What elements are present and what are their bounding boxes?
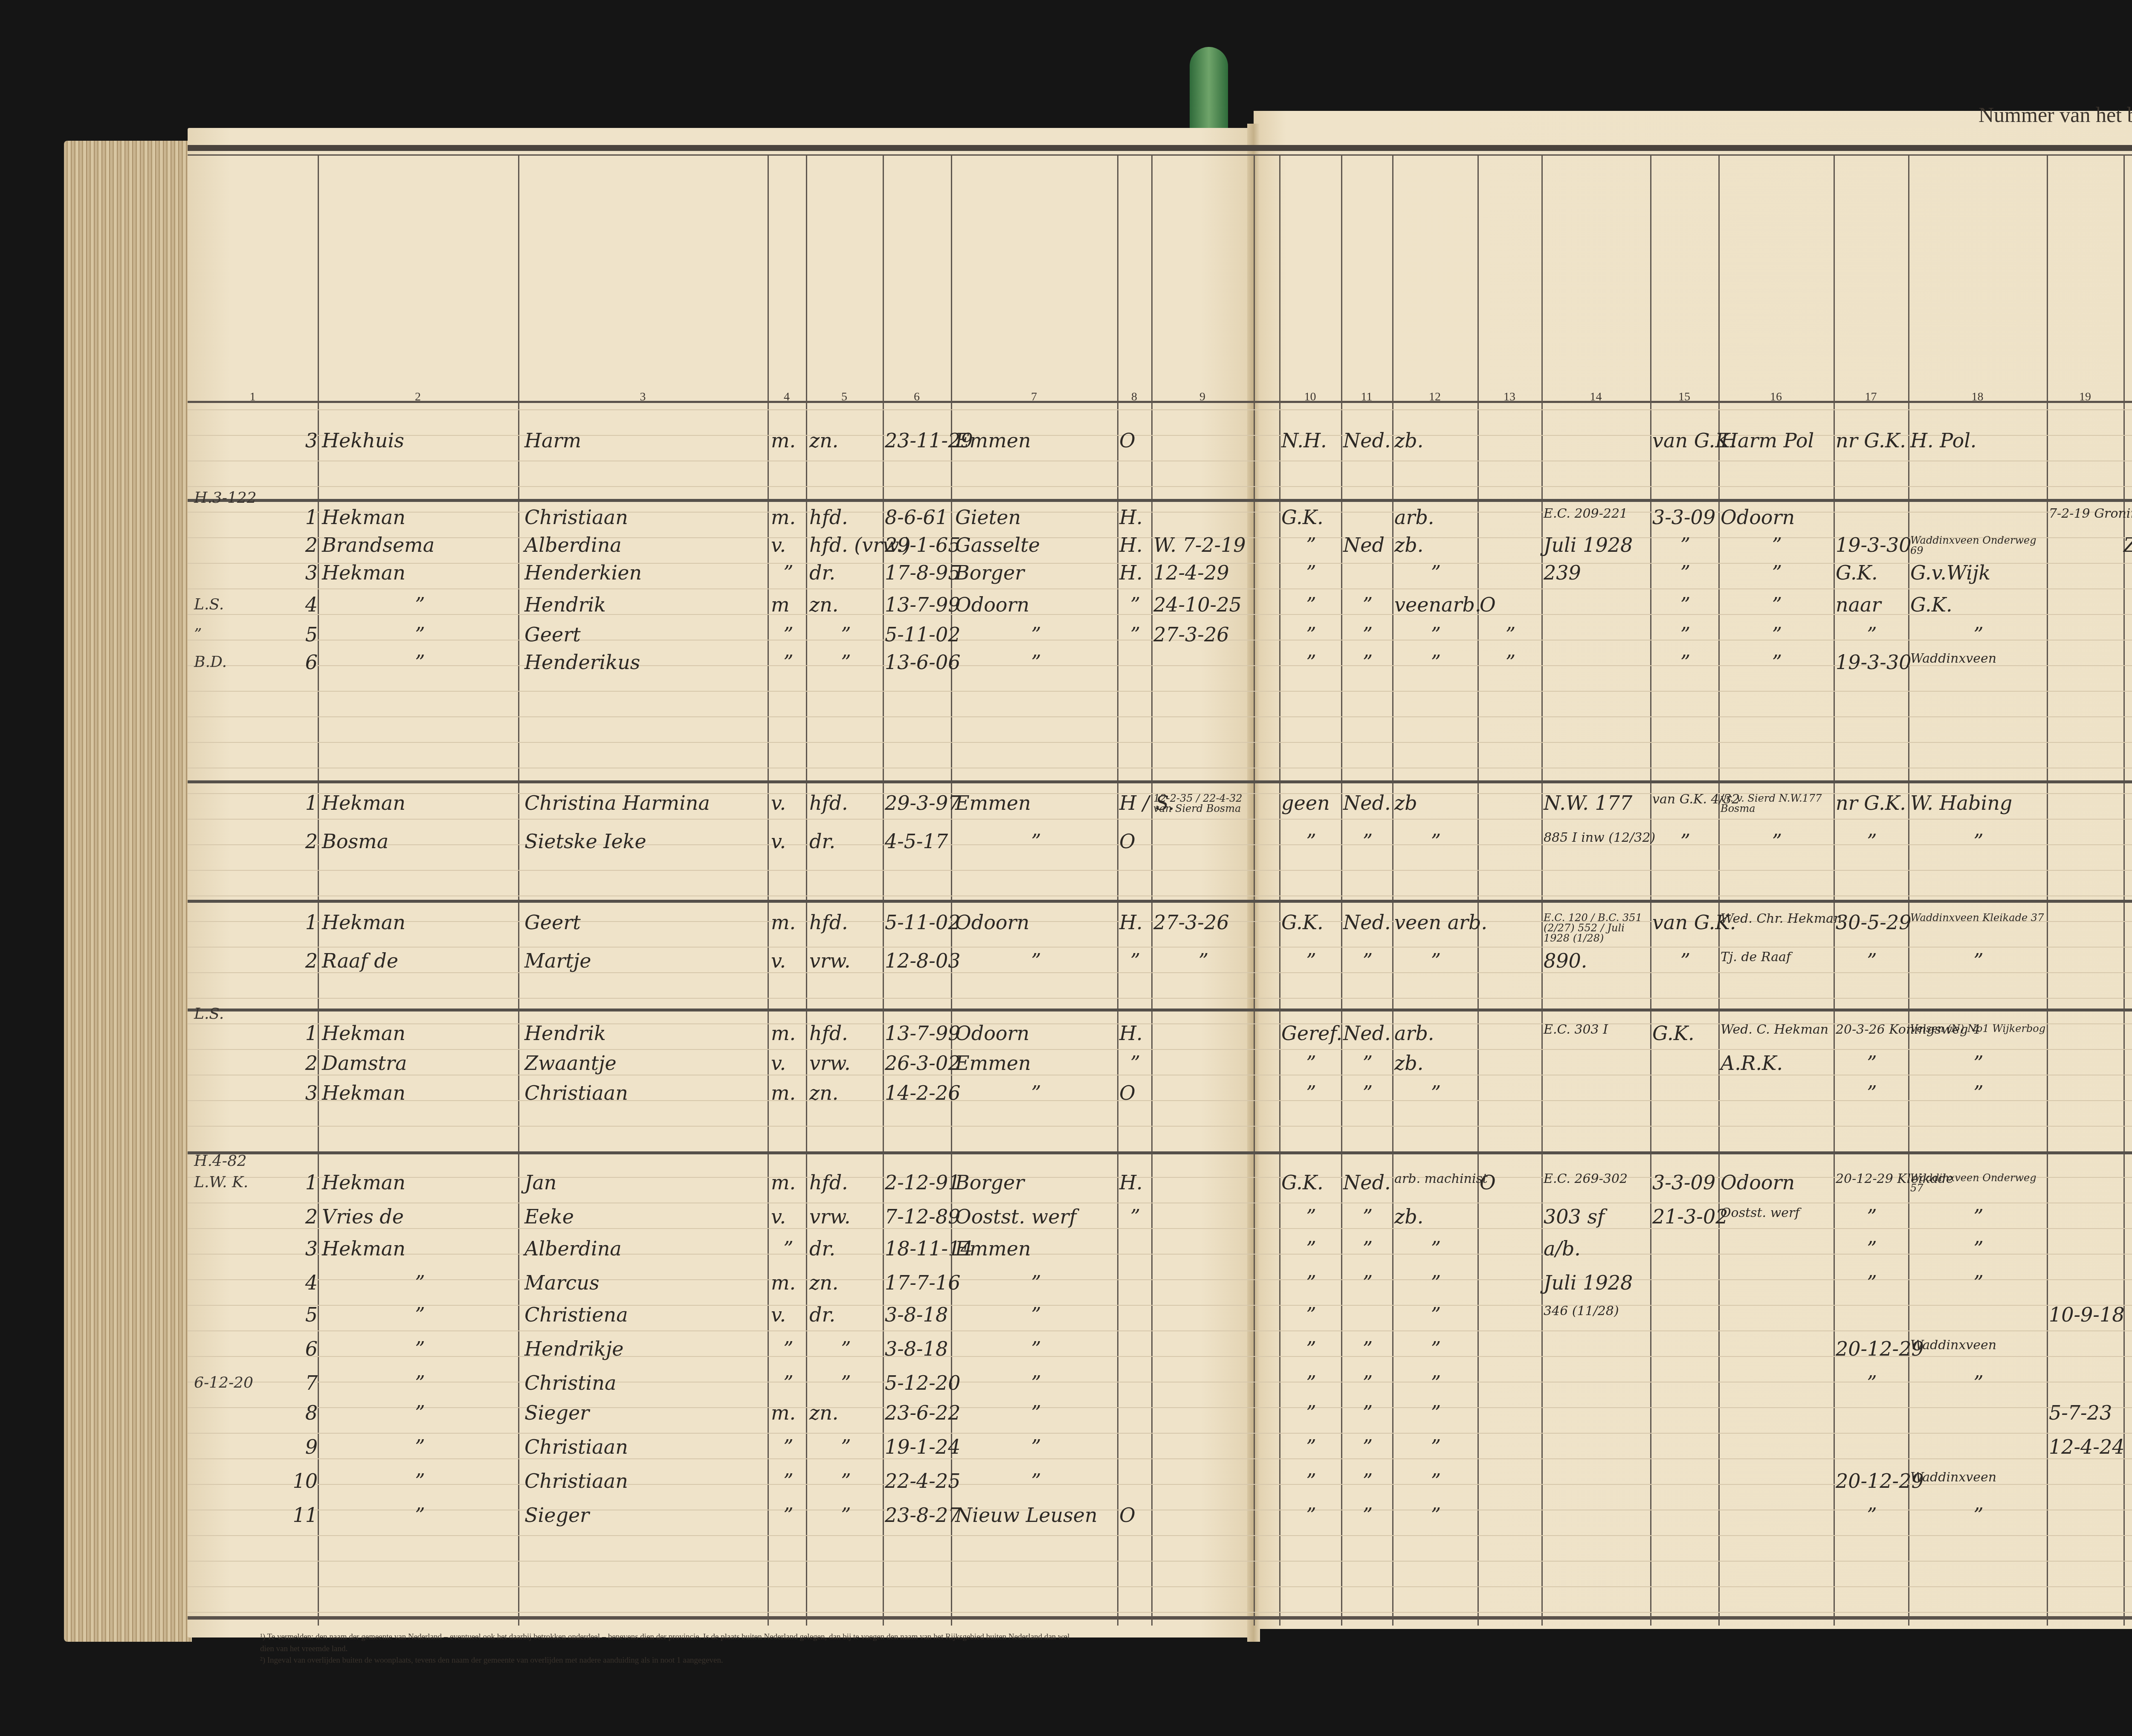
cell-reg-from: Harm Pol [1721,431,1834,450]
column-number: 8 [1117,390,1151,404]
cell-sex: v. [771,1207,806,1226]
ruled-line [188,972,2132,973]
cell-born: 14-2-26 [885,1083,951,1103]
cell-church: ” [1281,1083,1341,1103]
footnote-2: ²) Ingeval van overlijden buiten de woon… [260,1655,1070,1666]
cell-reg-date: 3-3-09 [1652,507,1718,527]
cell-dereg-to: ” [1910,625,2047,644]
cell-birthplace: Odoorn [955,595,1117,614]
cell-reg-date: ” [1652,832,1718,851]
cell-given: Sieger [524,1403,768,1423]
cell-surname: ” [322,652,518,672]
column-divider [1254,154,1255,1626]
cell-nat: Ned. [1343,793,1392,813]
cell-occ: zb. [1394,535,1477,555]
column-number: 20 [2123,390,2132,404]
cell-church: ” [1281,652,1341,672]
col-4-header [768,171,806,401]
household-margin-note: H.4-82 [194,1153,247,1169]
cell-nat: ” [1343,1053,1392,1073]
cell-nat: ” [1343,625,1392,644]
ruled-line [188,486,2132,487]
household-margin-note: H.3-122 [194,490,257,506]
cell-reg-date: van G.K. 4/32 [1652,793,1718,806]
cell-given: Zwaantje [524,1053,768,1073]
cell-surname: ” [322,1437,518,1457]
ruled-line [188,768,2132,768]
column-divider [1908,154,1909,1626]
cell-birthplace: Borger [955,1173,1117,1192]
cell-rel: vrw. [809,1053,883,1073]
cell-birthplace: Emmen [955,793,1117,813]
cell-nat: ” [1343,1273,1392,1293]
cell-dereg-date: 20-3-26 Koningsweg 4 [1836,1023,1908,1036]
cell-death: 7-2-19 Groningen [2049,507,2123,520]
cell-reg-from: Oostst. werf [1721,1207,1834,1220]
cell-rel: zn. [809,1083,883,1103]
cell-given: Sietske Ieke [524,832,768,851]
cell-civil: H. [1119,507,1151,527]
cell-reg-from: vr. v. Sierd N.W.177 Bosma [1721,793,1834,814]
column-number: 6 [883,390,951,404]
cell-address: E.C. 303 I [1544,1023,1650,1036]
cell-rel: dr. [809,563,883,583]
cell-surname: ” [322,625,518,644]
cell-dereg-date: ” [1836,1273,1908,1293]
cell-nr: 2 [290,1053,318,1073]
cell-death: 12-4-24 [2049,1437,2123,1457]
cell-sex: v. [771,1053,806,1073]
cell-civil-change: 27-3-26 [1153,913,1254,932]
column-number: 17 [1834,390,1908,404]
cell-given: Marcus [524,1273,768,1293]
cell-reg-from: Odoorn [1721,507,1834,527]
cell-civil-change: 12-2-35 / 22-4-32 van Sierd Bosma [1153,793,1254,814]
cell-rel: zn. [809,431,883,450]
cell-birthplace: ” [955,1471,1117,1491]
cell-born: 22-4-25 [885,1471,951,1491]
cell-rel: dr. [809,1239,883,1258]
cell-sex: v. [771,832,806,851]
cell-surname: ” [322,1403,518,1423]
cell-reg-date: G.K. [1652,1023,1718,1043]
cell-born: 13-7-99 [885,595,951,614]
cell-sex: m. [771,913,806,932]
cell-rel: hfd. [809,1023,883,1043]
col-5-header [806,175,883,183]
column-number: 19 [2047,390,2123,404]
cell-church: G.K. [1281,507,1341,527]
cell-civil: ” [1119,1053,1151,1073]
cell-reg-date: 21-3-02 [1652,1207,1718,1226]
cell-nr: 1 [290,1173,318,1192]
cell-born: 5-11-02 [885,625,951,644]
cell-dereg-date: 19-3-30 [1836,652,1908,672]
row-margin-note: L.S. [194,597,224,612]
cell-born: 17-7-16 [885,1273,951,1293]
cell-birthplace: ” [955,832,1117,851]
cell-birthplace: Gieten [955,507,1117,527]
column-number: 2 [318,390,518,404]
cell-rel: vrw. [809,1207,883,1226]
cell-dereg-to: G.K. [1910,595,2047,614]
cell-dereg-date: 20-12-29 Kleikade [1836,1173,1908,1185]
cell-rel: ” [809,625,883,644]
column-number: 5 [806,390,883,404]
cell-given: Henderkien [524,563,768,583]
cell-birthplace: Nieuw Leusen [955,1505,1117,1525]
row-margin-note: 6-12-20 [194,1375,253,1391]
cell-dereg-to: ” [1910,951,2047,971]
cell-birthplace: Emmen [955,1053,1117,1073]
column-number: 11 [1341,390,1392,404]
cell-col19b: Z.N.V. [2123,535,2132,555]
cell-surname: Hekman [322,793,518,813]
cell-dereg-date: ” [1836,1239,1908,1258]
cell-church: ” [1281,595,1341,614]
column-number: 3 [518,390,768,404]
cell-rel: zn. [809,1273,883,1293]
cell-birthplace: ” [955,1403,1117,1423]
cell-address: E.C. 269-302 [1544,1173,1650,1185]
cell-born: 12-8-03 [885,951,951,971]
cell-nat: ” [1343,1437,1392,1457]
cell-given: Christiaan [524,1083,768,1103]
cell-rel: dr. [809,1305,883,1324]
cell-birthplace: Borger [955,563,1117,583]
column-divider [1650,154,1651,1626]
cell-address: 346 (11/28) [1544,1305,1650,1318]
cell-nat: Ned [1343,535,1392,555]
cell-occ: ” [1394,1437,1477,1457]
cell-rel: ” [809,652,883,672]
column-number: 14 [1541,390,1650,404]
population-register-table: 12345678910111213141516171819203HekhuisH… [188,145,2132,1629]
ruled-line [188,998,2132,999]
cell-occ: ” [1394,652,1477,672]
cell-born: 13-7-99 [885,1023,951,1043]
cell-address: a/b. [1544,1239,1650,1258]
cell-nr: 5 [290,625,318,644]
cell-dereg-date: ” [1836,1053,1908,1073]
ruled-line [188,691,2132,692]
cell-given: Hendrik [524,1023,768,1043]
cell-sex: m. [771,1403,806,1423]
household-divider [188,499,2132,502]
cell-reg-date: ” [1652,595,1718,614]
cell-occ: ” [1394,1273,1477,1293]
cell-occ: ” [1394,951,1477,971]
cell-given: Alberdina [524,1239,768,1258]
cell-born: 3-8-18 [885,1339,951,1359]
cell-occ-change: ” [1480,652,1541,672]
cell-occ: ” [1394,1373,1477,1393]
cell-church: ” [1281,1207,1341,1226]
cell-reg-date: ” [1652,625,1718,644]
cell-surname: Hekman [322,1083,518,1103]
cell-nr: 1 [290,507,318,527]
cell-rel: dr. [809,832,883,851]
cell-given: Geert [524,625,768,644]
column-number: 16 [1718,390,1834,404]
cell-dereg-to: ” [1910,1053,2047,1073]
column-divider [318,154,319,1626]
cell-nat: ” [1343,1083,1392,1103]
cell-nr: 3 [290,563,318,583]
cell-birthplace: ” [955,951,1117,971]
column-number: 4 [768,390,806,404]
cell-birthplace: ” [955,1437,1117,1457]
cell-nr: 3 [290,1083,318,1103]
cell-reg-date: ” [1652,652,1718,672]
cell-occ: ” [1394,832,1477,851]
cell-civil: O [1119,1083,1151,1103]
cell-civil: O [1119,832,1151,851]
cell-occ: ” [1394,1339,1477,1359]
cell-surname: Hekman [322,1173,518,1192]
cell-born: 5-11-02 [885,913,951,932]
cell-occ: zb [1394,793,1477,813]
column-number: 18 [1908,390,2047,404]
column-number: 1 [188,390,318,404]
ruled-line [188,1535,2132,1536]
cell-surname: ” [322,1373,518,1393]
cell-given: Christiena [524,1305,768,1324]
cell-occ: arb. machinist [1394,1173,1477,1185]
cell-dereg-date: 30-5-29 [1836,913,1908,932]
ruled-line [188,870,2132,871]
cell-sex: v. [771,535,806,555]
cell-sex: ” [771,652,806,672]
column-divider [2047,154,2048,1626]
column-divider [1117,154,1118,1626]
cell-born: 26-3-02 [885,1053,951,1073]
cell-nat: ” [1343,1339,1392,1359]
cell-address: 303 sf [1544,1207,1650,1226]
cell-church: ” [1281,1339,1341,1359]
cell-church: ” [1281,1273,1341,1293]
cell-given: Martje [524,951,768,971]
cell-born: 23-6-22 [885,1403,951,1423]
household-divider [188,1009,2132,1011]
cell-nat: ” [1343,1207,1392,1226]
cell-born: 29-1-65 [885,535,951,555]
cell-civil-change: 12-4-29 [1153,563,1254,583]
cell-occ: ” [1394,1471,1477,1491]
cell-civil: O [1119,431,1151,450]
cell-born: 23-8-27 [885,1505,951,1525]
cell-reg-from: Tj. de Raaf [1721,951,1834,964]
ruled-line [188,1228,2132,1229]
cell-birthplace: Emmen [955,1239,1117,1258]
cell-nr: 4 [290,1273,318,1293]
cell-dereg-to: ” [1910,1239,2047,1258]
cell-occ-change: ” [1480,625,1541,644]
cell-birthplace: ” [955,652,1117,672]
cell-nr: 11 [290,1505,318,1525]
cell-nat: ” [1343,1403,1392,1423]
cell-occ: arb. [1394,1023,1477,1043]
cell-born: 29-3-97 [885,793,951,813]
column-divider [518,154,519,1626]
cell-death: 10-9-18 [2049,1305,2123,1324]
cell-born: 8-6-61 [885,507,951,527]
cell-church: ” [1281,1053,1341,1073]
cell-civil: H. [1119,1173,1151,1192]
cell-given: Harm [524,431,768,450]
cell-sex: m. [771,1273,806,1293]
cell-surname: ” [322,1273,518,1293]
cell-surname: Hekman [322,1239,518,1258]
cell-church: ” [1281,535,1341,555]
left-page-stack [64,141,192,1642]
ruled-line [188,1203,2132,1203]
cell-occ: veen arb. [1394,913,1477,932]
cell-nat: Ned. [1343,431,1392,450]
ruled-line [188,742,2132,743]
cell-church: Geref. [1281,1023,1341,1043]
cell-nr: 10 [290,1471,318,1491]
header-top-thin-rule [188,154,2132,156]
cell-reg-from: ” [1721,535,1834,555]
cell-rel: hfd. [809,913,883,932]
cell-rel: zn. [809,595,883,614]
cell-church: ” [1281,832,1341,851]
cell-surname: ” [322,1505,518,1525]
ruled-line [188,409,2132,410]
cell-church: ” [1281,1403,1341,1423]
ruled-line [188,1561,2132,1562]
cell-civil: ” [1119,951,1151,971]
household-margin-note: L.S. [194,1006,224,1022]
cell-address: Juli 1928 [1544,535,1650,555]
cell-surname: ” [322,595,518,614]
cell-sex: ” [771,1339,806,1359]
cell-civil: O [1119,1505,1151,1525]
cell-sex: m. [771,1083,806,1103]
cell-rel: hfd. [809,507,883,527]
cell-surname: Hekman [322,913,518,932]
cell-nat: ” [1343,951,1392,971]
cell-occ: ” [1394,1239,1477,1258]
cell-dereg-to: ” [1910,1207,2047,1226]
row-margin-note: L.W. K. [194,1175,248,1190]
cell-reg-from: ” [1721,625,1834,644]
row-margin-note: ” [194,627,202,642]
cell-surname: Raaf de [322,951,518,971]
column-divider [1392,154,1393,1626]
ruled-line [188,1126,2132,1127]
cell-born: 3-8-18 [885,1305,951,1324]
cell-sex: ” [771,1239,806,1258]
cell-surname: Hekman [322,563,518,583]
column-divider [1718,154,1720,1626]
cell-civil-change: W. 7-2-19 [1153,535,1254,555]
household-divider [188,780,2132,783]
cell-nr: 7 [290,1373,318,1393]
household-divider [188,1151,2132,1154]
cell-nr: 6 [290,1339,318,1359]
cell-nr: 1 [290,1023,318,1043]
cell-dereg-date: ” [1836,1207,1908,1226]
cell-church: ” [1281,1437,1341,1457]
cell-occ: ” [1394,1305,1477,1324]
cell-church: ” [1281,1239,1341,1258]
cell-church: ” [1281,1471,1341,1491]
cell-occ: veenarb. [1394,595,1477,614]
cell-born: 4-5-17 [885,832,951,851]
cell-surname: Bosma [322,832,518,851]
cell-rel: ” [809,1373,883,1393]
cell-church: ” [1281,563,1341,583]
cell-reg-from: ” [1721,832,1834,851]
column-number: 13 [1477,390,1541,404]
cell-sex: v. [771,951,806,971]
cell-occ-change: O [1480,595,1541,614]
cell-address: E.C. 209-221 [1544,507,1650,520]
cell-dereg-to: Waddinxveen Kleikade 37 [1910,913,2047,923]
cell-nr: 1 [290,913,318,932]
cell-rel: ” [809,1505,883,1525]
cell-nat: ” [1343,1373,1392,1393]
ruled-line [188,1612,2132,1613]
cell-address: 239 [1544,563,1650,583]
cell-dereg-to: ” [1910,1505,2047,1525]
cell-born: 13-6-06 [885,652,951,672]
cell-dereg-to: ” [1910,1273,2047,1293]
cell-reg-from: A.R.K. [1721,1053,1834,1073]
cell-nat: Ned. [1343,1023,1392,1043]
cell-reg-from: ” [1721,563,1834,583]
ruled-line [188,947,2132,948]
column-divider [1151,154,1153,1626]
cell-civil-change: 27-3-26 [1153,625,1254,644]
column-number: 7 [951,390,1117,404]
ruled-line [188,896,2132,896]
cell-dereg-date: ” [1836,625,1908,644]
cell-dereg-to: ” [1910,1083,2047,1103]
cell-given: Alberdina [524,535,768,555]
cell-dereg-date: G.K. [1836,563,1908,583]
cell-church: N.H. [1281,431,1341,450]
cell-rel: ” [809,1471,883,1491]
column-divider [1279,154,1280,1626]
cell-born: 18-11-14 [885,1239,951,1258]
cell-dereg-date: nr G.K. [1836,431,1908,450]
cell-dereg-to: H. Pol. [1910,431,2047,450]
column-number: 12 [1392,390,1477,404]
cell-sex: m. [771,431,806,450]
cell-nat: Ned. [1343,913,1392,932]
cell-occ: zb. [1394,1053,1477,1073]
cell-address: N.W. 177 [1544,793,1650,813]
cell-given: Henderikus [524,652,768,672]
cell-occ: ” [1394,625,1477,644]
cell-given: Geert [524,913,768,932]
cell-occ: ” [1394,1083,1477,1103]
cell-church: ” [1281,1305,1341,1324]
cell-born: 7-12-89 [885,1207,951,1226]
cell-given: Jan [524,1173,768,1192]
cell-church: geen [1281,793,1341,813]
cell-reg-date: 3-3-09 [1652,1173,1718,1192]
cell-nr: 9 [290,1437,318,1457]
cell-birthplace: ” [955,1373,1117,1393]
cell-birthplace: Odoorn [955,1023,1117,1043]
cell-sex: ” [771,625,806,644]
cell-reg-from: Wed. Chr. Hekman [1721,913,1834,925]
cell-nr: 4 [290,595,318,614]
